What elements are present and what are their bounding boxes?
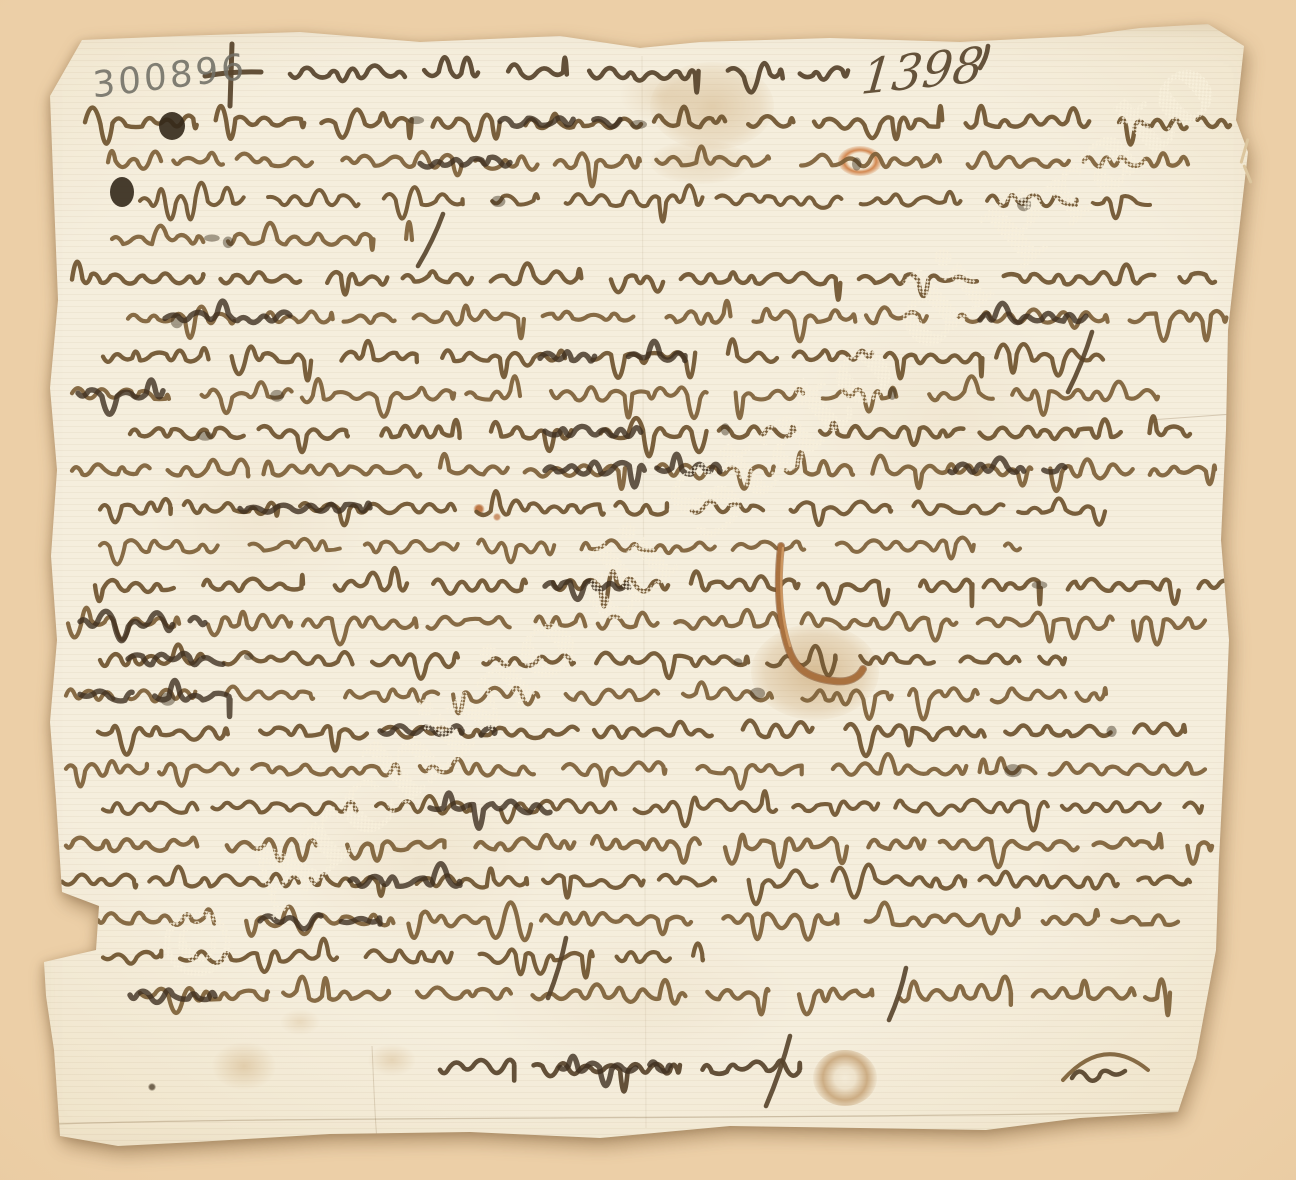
year-text: 1398 <box>859 37 986 106</box>
ink-speck <box>244 653 254 660</box>
ink-speck <box>408 116 424 124</box>
handwriting-line <box>66 834 1212 867</box>
handwriting-line <box>72 262 1215 300</box>
handwriting-line <box>66 754 1205 789</box>
handwriting-layer: 1398 <box>0 0 1296 1180</box>
handwriting-retrace <box>545 581 629 599</box>
slash-stroke <box>889 968 906 1020</box>
crease-line <box>55 1112 1178 1124</box>
handwriting-retrace <box>560 1056 670 1085</box>
handwriting-svg: 1398 <box>0 0 1296 1180</box>
handwriting-line <box>95 568 1232 606</box>
ink-blot <box>110 177 134 207</box>
ink-speck <box>223 237 234 249</box>
crease-line <box>372 1046 377 1140</box>
ink-speck <box>630 120 647 129</box>
crease-line <box>1150 414 1233 420</box>
slash-stroke <box>418 214 443 266</box>
handwriting-retrace <box>950 458 1065 472</box>
handwriting-line <box>66 682 1106 719</box>
ink-speck <box>1004 764 1021 777</box>
handwriting-line <box>290 57 848 92</box>
handwriting-line <box>103 339 1103 380</box>
handwriting-line <box>85 106 1230 145</box>
handwriting-line <box>112 222 412 250</box>
ink-speck <box>197 431 213 440</box>
handwriting-line <box>140 183 1150 222</box>
handwriting-line <box>108 147 1188 187</box>
ink-speck <box>1017 198 1031 212</box>
ink-speck <box>852 157 861 170</box>
handwriting-line <box>100 538 1020 565</box>
ink-speck <box>734 658 743 665</box>
ink-blot <box>159 112 185 140</box>
ink-speck <box>1107 726 1117 737</box>
handwriting-line <box>98 721 1185 756</box>
handwriting-line <box>130 416 1190 456</box>
handwriting-line <box>72 376 1158 418</box>
ink-speck <box>721 423 730 435</box>
handwriting-retrace <box>545 454 720 487</box>
ink-speck <box>888 387 897 400</box>
paper-shadow: 1398 300896 <box>0 0 1296 1180</box>
handwriting-line <box>100 645 1065 679</box>
ink-speck <box>1032 581 1048 589</box>
handwriting-retrace <box>420 157 510 167</box>
manuscript-scan: 1398 300896 © Archivio di Stato di Prato <box>0 0 1296 1180</box>
handwriting-retrace <box>545 426 641 436</box>
handwriting-line <box>140 977 1170 1015</box>
ink-speck <box>491 196 505 207</box>
signature-mark <box>1072 1071 1125 1081</box>
ink-speck <box>750 688 765 699</box>
ink-speck <box>270 390 284 402</box>
handwriting-line <box>68 608 1205 645</box>
ink-speck <box>204 235 220 242</box>
handwriting-line <box>103 791 1202 830</box>
slash-stroke <box>548 938 566 998</box>
manuscript-paper: 1398 300896 <box>0 0 1296 1180</box>
handwriting-line <box>62 865 1190 904</box>
handwriting-line <box>103 939 703 978</box>
